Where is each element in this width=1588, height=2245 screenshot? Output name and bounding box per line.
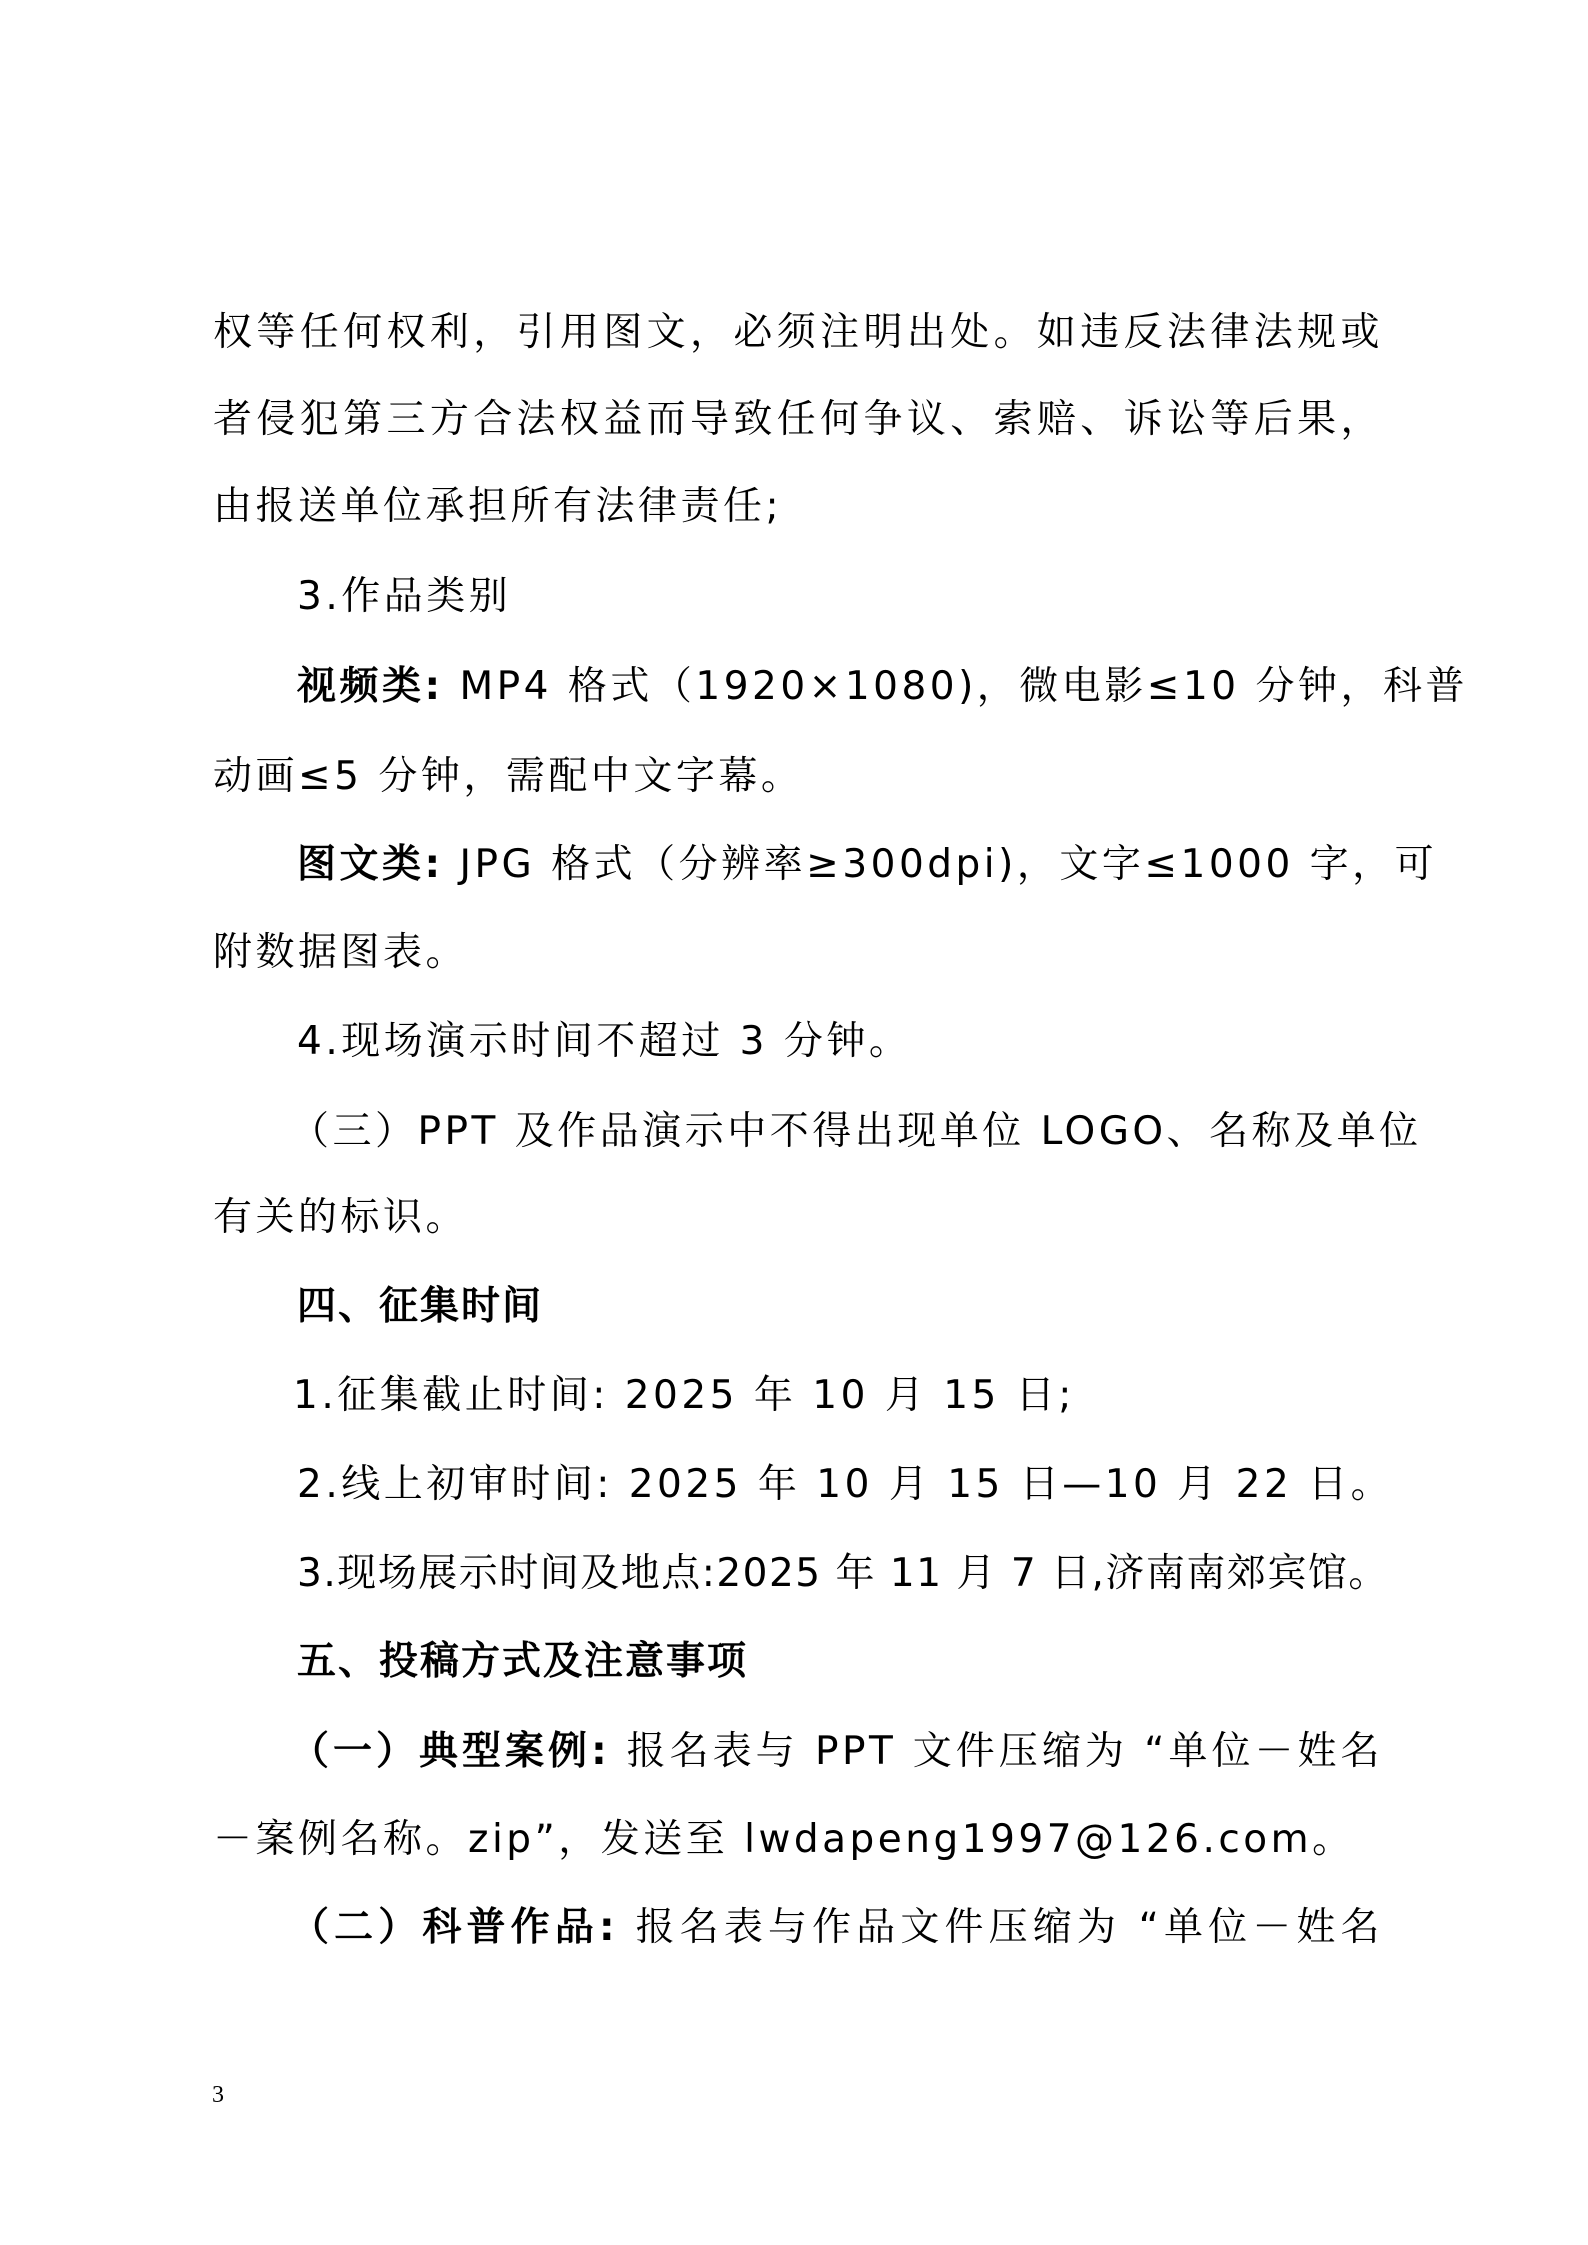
line-text: JPG 格式（分辨率≥300dpi)，文字≤1000 字，可	[444, 842, 1438, 887]
line-text: 1.征集截止时间: 2025 年 10 月 15 日;	[293, 1373, 1075, 1418]
line-text: 4.现场演示时间不超过 3 分钟。	[297, 1019, 911, 1064]
subsection-title-work-categories: 3.作品类别	[297, 567, 1383, 627]
page-number: 3	[212, 2080, 224, 2110]
paragraph-line: （三）PPT 及作品演示中不得出现单位 LOGO、名称及单位	[290, 1102, 1383, 1162]
line-text: 2.线上初审时间: 2025 年 10 月 15 日—10 月 22 日。	[297, 1462, 1393, 1507]
line-text: 附数据图表。	[213, 930, 468, 975]
section-heading-submission: 五、投稿方式及注意事项	[297, 1632, 1383, 1692]
review-period-line: 2.线上初审时间: 2025 年 10 月 15 日—10 月 22 日。	[297, 1455, 1383, 1515]
line-text: 3.作品类别	[297, 574, 511, 619]
science-work-line: （二）科普作品: 报名表与作品文件压缩为 “单位－姓名	[290, 1898, 1383, 1958]
paragraph-line: 权等任何权利，引用图文，必须注明出处。如违反法律法规或	[213, 303, 1383, 363]
line-text: 者侵犯第三方合法权益而导致任何争议、索赔、诉讼等后果，	[213, 397, 1383, 442]
section-heading-collection-time: 四、征集时间	[297, 1277, 1383, 1337]
paragraph-line: 有关的标识。	[213, 1188, 1383, 1248]
line-text: 由报送单位承担所有法律责任;	[213, 484, 782, 529]
graphic-category-label: 图文类:	[297, 842, 444, 887]
paragraph-line: 者侵犯第三方合法权益而导致任何争议、索赔、诉讼等后果，	[213, 390, 1383, 450]
line-text: 动画≤5 分钟，需配中文字幕。	[213, 754, 803, 799]
paragraph-line: －案例名称。zip”，发送至 lwdapeng1997@126.com。	[213, 1810, 1383, 1870]
line-text: 报名表与 PPT 文件压缩为 “单位－姓名	[610, 1729, 1383, 1774]
line-text: 有关的标识。	[213, 1195, 468, 1240]
paragraph-line: 4.现场演示时间不超过 3 分钟。	[297, 1012, 1383, 1072]
video-category-line: 视频类: MP4 格式（1920×1080)，微电影≤10 分钟，科普	[297, 657, 1383, 717]
paragraph-line: 附数据图表。	[213, 923, 1383, 983]
science-work-label: （二）科普作品:	[290, 1905, 618, 1950]
heading-text: 四、征集时间	[297, 1284, 543, 1329]
line-text: MP4 格式（1920×1080)，微电影≤10 分钟，科普	[444, 664, 1468, 709]
heading-text: 五、投稿方式及注意事项	[297, 1639, 748, 1684]
typical-case-label: （一）典型案例:	[290, 1729, 610, 1774]
document-page: 权等任何权利，引用图文，必须注明出处。如违反法律法规或 者侵犯第三方合法权益而导…	[0, 0, 1588, 2245]
paragraph-line: 动画≤5 分钟，需配中文字幕。	[213, 747, 1383, 807]
line-text: （三）PPT 及作品演示中不得出现单位 LOGO、名称及单位	[290, 1109, 1422, 1154]
deadline-line: 1.征集截止时间: 2025 年 10 月 15 日;	[293, 1366, 1379, 1426]
typical-case-line: （一）典型案例: 报名表与 PPT 文件压缩为 “单位－姓名	[290, 1722, 1383, 1782]
line-text: 权等任何权利，引用图文，必须注明出处。如违反法律法规或	[213, 310, 1383, 355]
line-text: 3.现场展示时间及地点:2025 年 11 月 7 日,济南南郊宾馆。	[297, 1551, 1389, 1596]
paragraph-line: 由报送单位承担所有法律责任;	[213, 477, 1383, 537]
video-category-label: 视频类:	[297, 664, 444, 709]
venue-line: 3.现场展示时间及地点:2025 年 11 月 7 日,济南南郊宾馆。	[297, 1544, 1383, 1604]
line-text: 报名表与作品文件压缩为 “单位－姓名	[618, 1905, 1383, 1950]
line-text: －案例名称。zip”，发送至 lwdapeng1997@126.com。	[213, 1817, 1355, 1862]
graphic-category-line: 图文类: JPG 格式（分辨率≥300dpi)，文字≤1000 字，可	[297, 835, 1383, 895]
